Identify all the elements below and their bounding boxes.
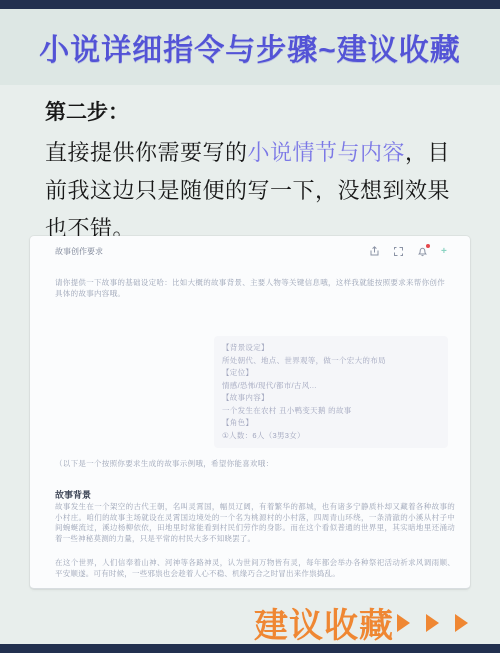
- note-card: 小说详细指令与步骤~建议收藏 第二步： 直接提供你需要写的小说情节与内容，目前我…: [0, 0, 500, 653]
- reply-section-title: 故事背景: [55, 488, 91, 501]
- arrow-right-icon: [397, 614, 410, 632]
- share-icon[interactable]: [369, 246, 380, 257]
- app-header: 故事创作要求: [55, 246, 452, 257]
- user-message-bubble: 【背景设定】 所处朝代、地点、世界观等，做一个宏大的布局 【定位】 情感/恐怖/…: [214, 336, 448, 448]
- app-header-icons: +: [369, 246, 452, 257]
- plus-icon[interactable]: +: [441, 246, 452, 257]
- user-msg-line: 【角色】: [222, 417, 440, 430]
- user-msg-line: 所处朝代、地点、世界观等，做一个宏大的布局: [222, 355, 440, 368]
- assistant-reply-intro: （以下是一个按照你要求生成的故事示例哦，希望你能喜欢哦：: [55, 458, 455, 469]
- top-navy-bar: [0, 0, 500, 9]
- step-highlight-link: 小说情节与内容: [248, 140, 406, 165]
- user-msg-line: 【背景设定】: [222, 342, 440, 355]
- conversation-title: 故事创作要求: [55, 246, 103, 257]
- user-msg-line: ①人数：6人（3男3女）: [222, 430, 440, 443]
- expand-icon[interactable]: [393, 246, 404, 257]
- page-title: 小说详细指令与步骤~建议收藏: [39, 25, 461, 69]
- bottom-navy-bar: [0, 644, 500, 653]
- cta-text: 建议收藏: [254, 598, 394, 647]
- reply-paragraph: 故事发生在一个架空的古代王朝，名叫灵霄国，幅员辽阔，有着繁华的都城，也有诸多宁静…: [55, 502, 455, 544]
- footer-cta: 建议收藏: [0, 600, 500, 645]
- step-text: 直接提供你需要写的小说情节与内容，目前我这边只是随便的写一下，没想到效果也不错。: [45, 134, 465, 248]
- bell-icon[interactable]: [417, 246, 428, 257]
- user-msg-line: 一个发生在农村 丑小鸭变天鹅 的故事: [222, 405, 440, 418]
- assistant-prompt-message: 请你提供一下故事的基础设定哈：比如大概的故事背景、主要人物等关键信息哦，这样我就…: [55, 277, 447, 299]
- arrow-right-icon: [426, 614, 439, 632]
- user-msg-line: 【故事内容】: [222, 392, 440, 405]
- title-band: 小说详细指令与步骤~建议收藏: [0, 9, 500, 85]
- user-msg-line: 情感/恐怖/现代/都市/古风...: [222, 380, 440, 393]
- step-label: 第二步：: [45, 96, 465, 126]
- reply-paragraph: 在这个世界，人们信奉着山神、河神等各路神灵，认为世间万物皆有灵，每年都会举办各种…: [55, 558, 455, 579]
- arrow-right-icon: [455, 614, 468, 632]
- step-text-before: 直接提供你需要写的: [45, 140, 248, 165]
- embedded-app-screenshot: 故事创作要求: [30, 236, 470, 589]
- notification-dot: [426, 244, 430, 248]
- user-msg-line: 【定位】: [222, 367, 440, 380]
- step-section: 第二步： 直接提供你需要写的小说情节与内容，目前我这边只是随便的写一下，没想到效…: [45, 96, 465, 248]
